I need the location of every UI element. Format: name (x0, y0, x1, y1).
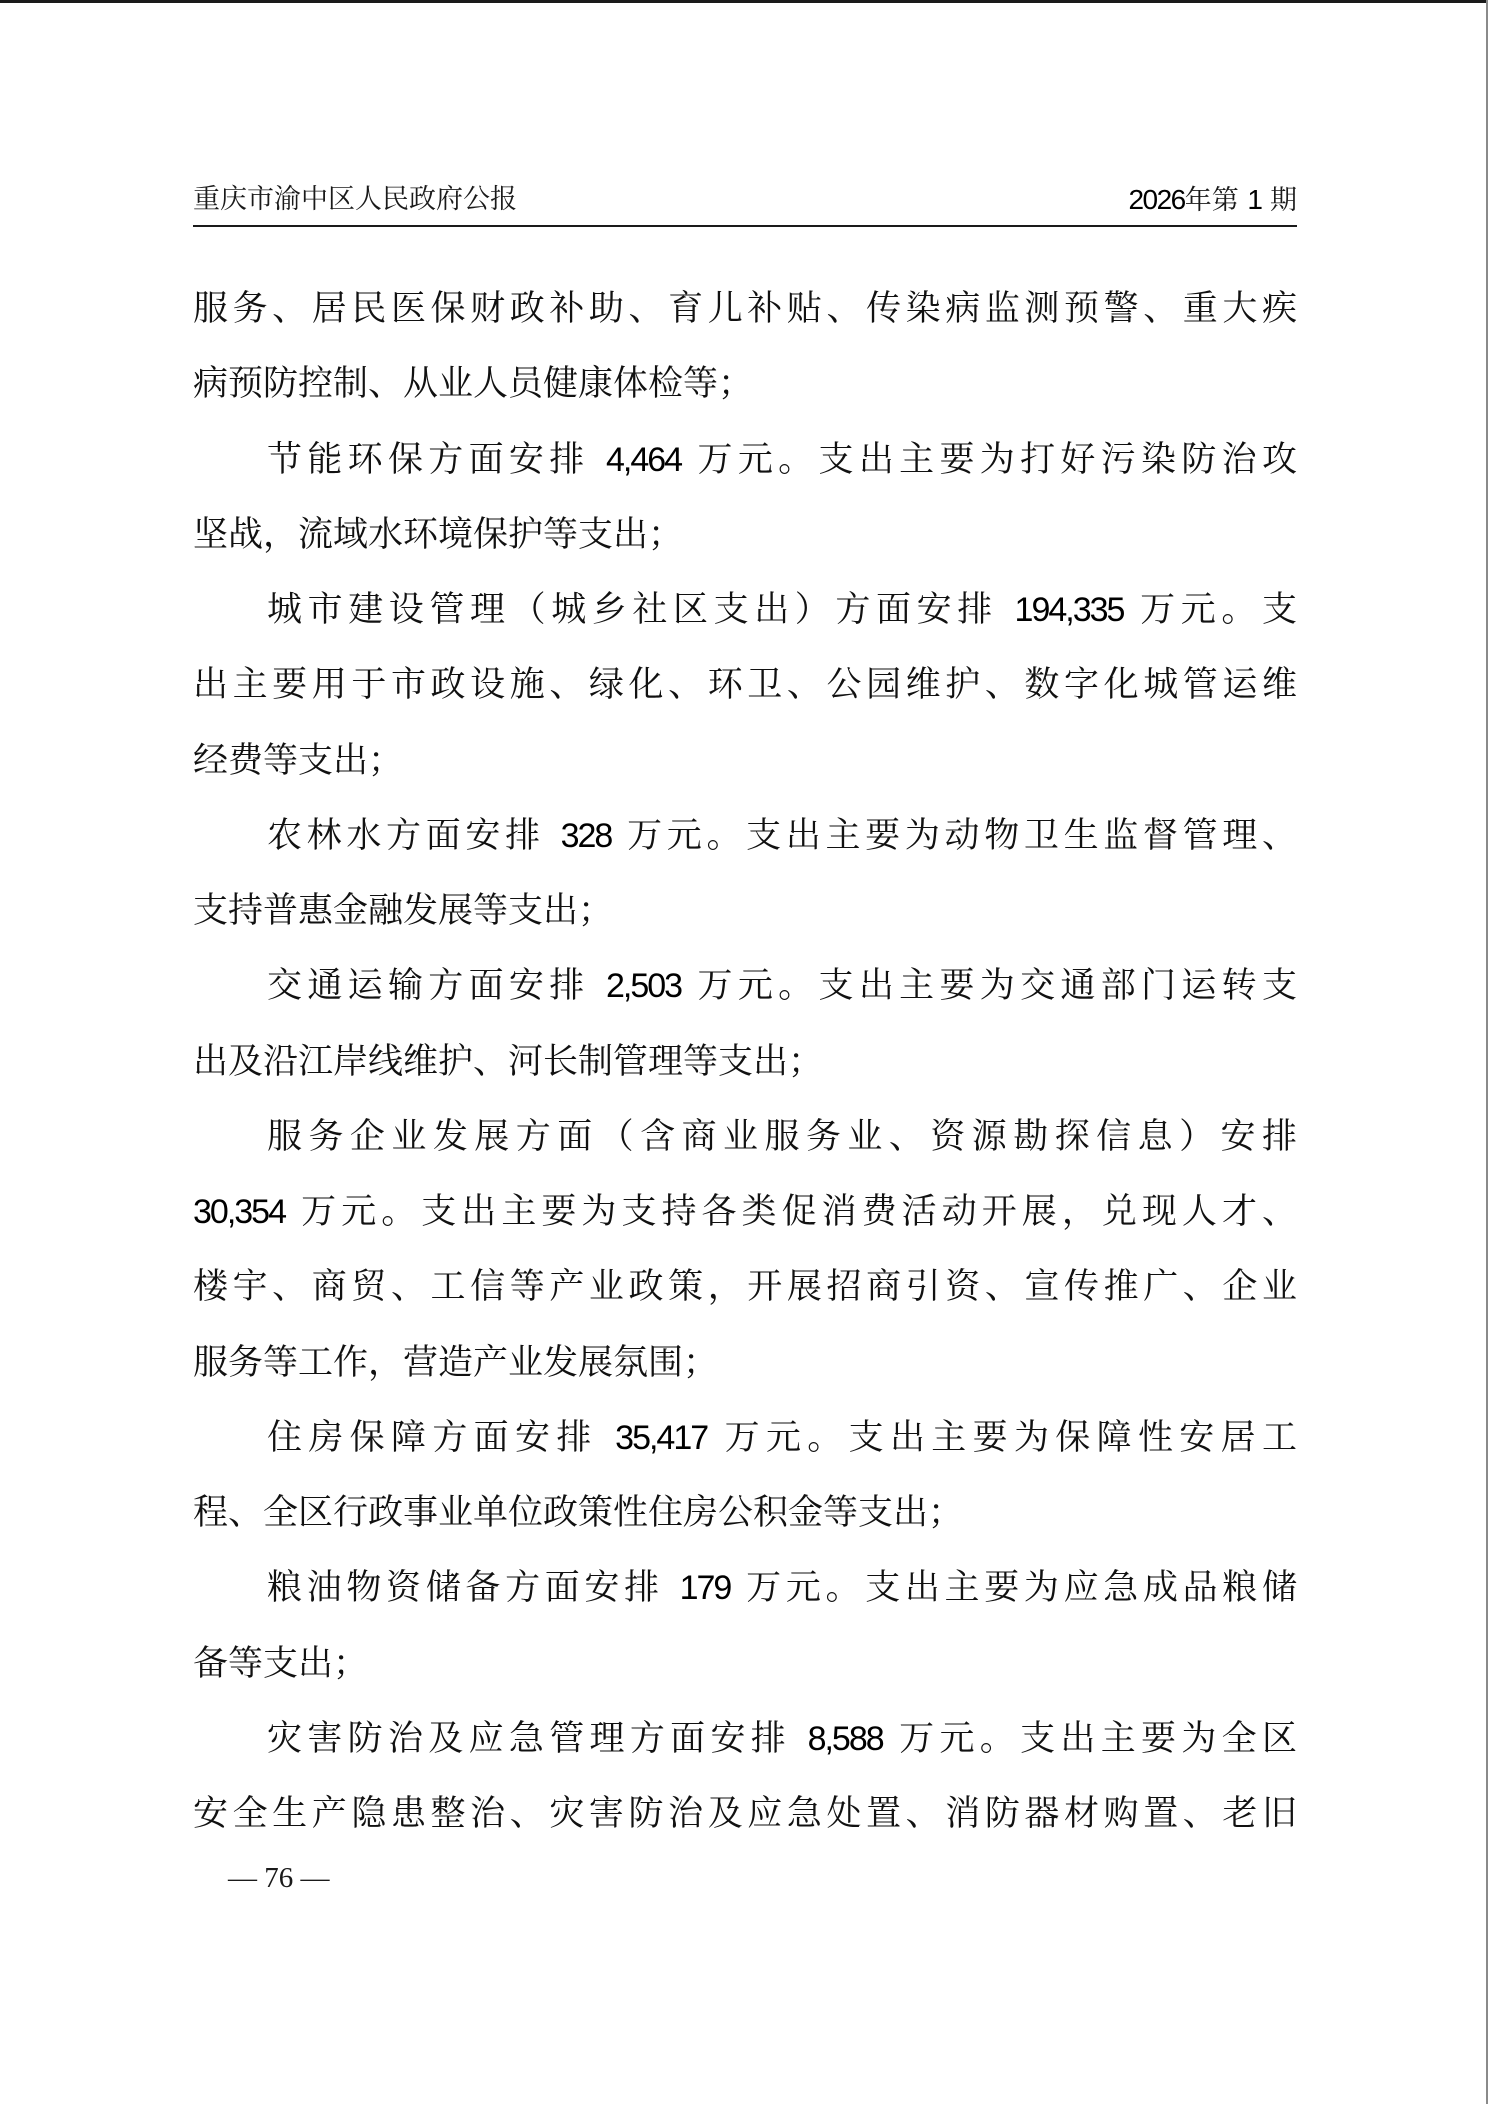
text-line: 坚战，流域水环境保护等支出； (193, 510, 1297, 585)
text-line: 出主要用于市政设施、绿化、环卫、公园维护、数字化城管运维 (193, 660, 1297, 735)
line-text: 住房保障方面安排 (267, 1418, 598, 1458)
text-line: 备等支出； (193, 1639, 1297, 1714)
amount-urban-construction: 194,335 (1015, 591, 1124, 629)
amount-disaster-emergency: 8,588 (808, 1720, 883, 1758)
amount-grain-reserve: 179 (680, 1569, 731, 1607)
publication-title: 重庆市渝中区人民政府公报 (193, 182, 517, 218)
line-text: 万元。支出主要为动物卫生监督管理、 (627, 816, 1297, 856)
line-text: 万元。支出主要为应急成品粮储 (746, 1568, 1297, 1608)
text-line: 出及沿江岸线维护、河长制管理等支出； (193, 1037, 1297, 1112)
text-line: 楼宇、商贸、工信等产业政策，开展招商引资、宣传推广、企业 (193, 1262, 1297, 1337)
line-text: 万元。支 (1140, 590, 1297, 630)
paragraph-agriculture: 农林水方面安排 328 万元。支出主要为动物卫生监督管理、 (193, 811, 1297, 886)
paragraph-grain-reserve: 粮油物资储备方面安排 179 万元。支出主要为应急成品粮储 (193, 1563, 1297, 1638)
issue-suffix: 期 (1270, 185, 1297, 216)
running-header: 重庆市渝中区人民政府公报 2026年第 1 期 (193, 182, 1297, 218)
issue-year: 2026 (1128, 184, 1184, 215)
amount-agriculture: 328 (561, 817, 612, 855)
issue-year-suffix: 年第 (1185, 185, 1239, 216)
paragraph-disaster-emergency: 灾害防治及应急管理方面安排 8,588 万元。支出主要为全区 (193, 1714, 1297, 1789)
line-text: 万元。支出主要为支持各类促消费活动开展，兑现人才、 (301, 1192, 1297, 1232)
paragraph-enterprise-services: 服务企业发展方面（含商业服务业、资源勘探信息）安排 (193, 1112, 1297, 1187)
amount-transport: 2,503 (606, 967, 681, 1005)
page-number: — 76 — (228, 1860, 330, 1896)
paragraph-energy-environment: 节能环保方面安排 4,464 万元。支出主要为打好污染防治攻 (193, 435, 1297, 510)
line-text: 万元。支出主要为交通部门运转支 (698, 966, 1297, 1006)
text-line: 病预防控制、从业人员健康体检等； (193, 359, 1297, 434)
line-text: 城市建设管理（城乡社区支出）方面安排 (267, 590, 998, 630)
text-line: 服务等工作，营造产业发展氛围； (193, 1338, 1297, 1413)
header-rule (193, 225, 1297, 227)
line-text: 粮油物资储备方面安排 (267, 1568, 664, 1608)
line-text: 万元。支出主要为全区 (899, 1719, 1297, 1759)
text-line: 30,354 万元。支出主要为支持各类促消费活动开展，兑现人才、 (193, 1187, 1297, 1262)
amount-housing: 35,417 (615, 1419, 707, 1457)
text-line: 程、全区行政事业单位政策性住房公积金等支出； (193, 1488, 1297, 1563)
page-top-border (0, 0, 1488, 3)
line-text: 万元。支出主要为保障性安居工 (725, 1418, 1297, 1458)
line-text: 万元。支出主要为打好污染防治攻 (698, 440, 1297, 480)
line-text: 农林水方面安排 (267, 816, 545, 856)
text-line: 支持普惠金融发展等支出； (193, 886, 1297, 961)
text-line: 安全生产隐患整治、灾害防治及应急处置、消防器材购置、老旧 (193, 1789, 1297, 1864)
issue-label: 2026年第 1 期 (1128, 182, 1297, 219)
paragraph-transport: 交通运输方面安排 2,503 万元。支出主要为交通部门运转支 (193, 961, 1297, 1036)
line-text: 灾害防治及应急管理方面安排 (267, 1719, 791, 1759)
amount-enterprise-services: 30,354 (193, 1193, 285, 1231)
text-line: 经费等支出； (193, 736, 1297, 811)
amount-energy-environment: 4,464 (606, 441, 681, 479)
line-text: 节能环保方面安排 (267, 440, 590, 480)
issue-number: 1 (1247, 184, 1261, 215)
line-text: 交通运输方面安排 (267, 966, 590, 1006)
paragraph-urban-construction: 城市建设管理（城乡社区支出）方面安排 194,335 万元。支 (193, 585, 1297, 660)
body-text: 服务、居民医保财政补助、育儿补贴、传染病监测预警、重大疾 病预防控制、从业人员健… (193, 284, 1297, 1864)
text-line: 服务、居民医保财政补助、育儿补贴、传染病监测预警、重大疾 (193, 284, 1297, 359)
paragraph-housing: 住房保障方面安排 35,417 万元。支出主要为保障性安居工 (193, 1413, 1297, 1488)
